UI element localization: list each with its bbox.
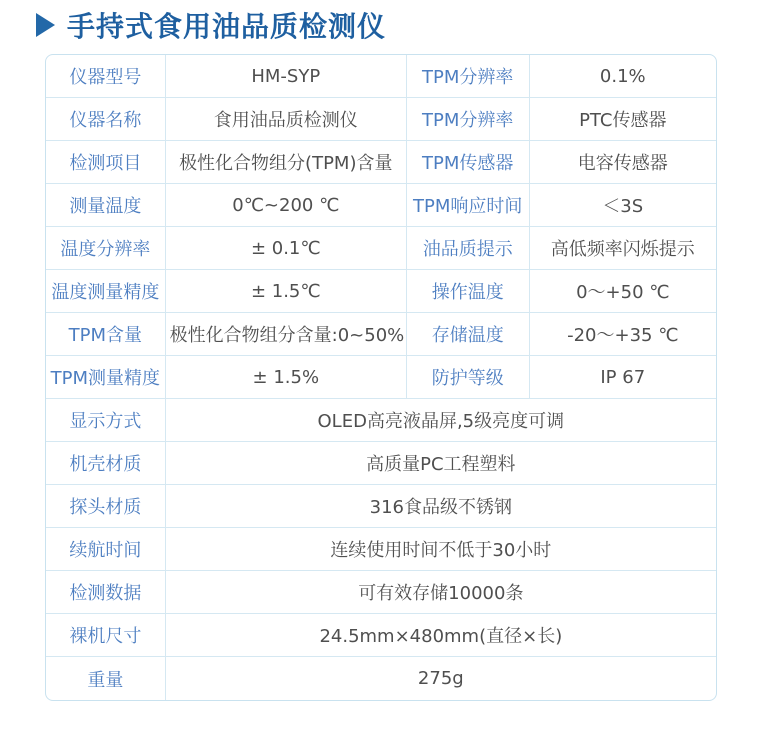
page-header: 手持式食用油品质检测仪 [36,9,760,41]
spec-label-cell: 重量 [46,657,166,700]
spec-label-cell: 操作温度 [407,270,530,313]
spec-value-cell: ± 1.5% [166,356,407,399]
spec-value-cell: ＜3S [530,184,716,227]
spec-row: 仪器型号 HM-SYP TPM分辨率 0.1% [46,55,716,98]
spec-value-cell: 极性化合物组分(TPM)含量 [166,141,407,184]
spec-label-cell: 检测项目 [46,141,166,184]
spec-label-cell: 温度分辨率 [46,227,166,270]
spec-row: 仪器名称 食用油品质检测仪 TPM分辨率 PTC传感器 [46,98,716,141]
spec-value-cell: IP 67 [530,356,716,399]
spec-row: 温度分辨率 ± 0.1℃ 油品质提示 高低频率闪烁提示 [46,227,716,270]
spec-value-cell: 24.5mm×480mm(直径×长) [166,614,716,657]
spec-value-cell: 316食品级不锈钢 [166,485,716,528]
spec-value-cell: 可有效存储10000条 [166,571,716,614]
spec-label-cell: TPM分辨率 [407,98,530,141]
spec-value-cell: 高低频率闪烁提示 [530,227,716,270]
spec-value-cell: 食用油品质检测仪 [166,98,407,141]
spec-label-cell: 续航时间 [46,528,166,571]
spec-label-cell: TPM含量 [46,313,166,356]
spec-label-cell: 温度测量精度 [46,270,166,313]
product-spec-page: 手持式食用油品质检测仪 仪器型号 HM-SYP TPM分辨率 0.1% 仪器名称… [0,0,760,738]
spec-row: 检测数据 可有效存储10000条 [46,571,716,614]
spec-row: TPM含量 极性化合物组分含量:0~50% 存储温度 -20～+35 ℃ [46,313,716,356]
spec-label-cell: 探头材质 [46,485,166,528]
spec-row: 显示方式 OLED高亮液晶屏,5级亮度可调 [46,399,716,442]
spec-row: 机壳材质 高质量PC工程塑料 [46,442,716,485]
spec-label-cell: 防护等级 [407,356,530,399]
spec-label-cell: 仪器型号 [46,55,166,98]
spec-label-cell: TPM测量精度 [46,356,166,399]
spec-row: 检测项目 极性化合物组分(TPM)含量 TPM传感器 电容传感器 [46,141,716,184]
spec-row: 续航时间 连续使用时间不低于30小时 [46,528,716,571]
spec-value-cell: OLED高亮液晶屏,5级亮度可调 [166,399,716,442]
spec-row: 裸机尺寸 24.5mm×480mm(直径×长) [46,614,716,657]
spec-value-cell: ± 0.1℃ [166,227,407,270]
spec-row: 测量温度 0℃~200 ℃ TPM响应时间 ＜3S [46,184,716,227]
spec-row: 重量 275g [46,657,716,700]
spec-value-cell: PTC传感器 [530,98,716,141]
spec-value-cell: 275g [166,657,716,700]
spec-label-cell: TPM传感器 [407,141,530,184]
right-triangle-icon [36,13,55,37]
spec-label-cell: 机壳材质 [46,442,166,485]
page-title: 手持式食用油品质检测仪 [67,5,386,45]
spec-value-cell: 0℃~200 ℃ [166,184,407,227]
spec-label-cell: TPM分辨率 [407,55,530,98]
spec-row: 温度测量精度 ± 1.5℃ 操作温度 0～+50 ℃ [46,270,716,313]
spec-value-cell: 连续使用时间不低于30小时 [166,528,716,571]
spec-label-cell: 裸机尺寸 [46,614,166,657]
spec-label-cell: 显示方式 [46,399,166,442]
spec-label-cell: 存储温度 [407,313,530,356]
spec-row: 探头材质 316食品级不锈钢 [46,485,716,528]
spec-value-cell: -20～+35 ℃ [530,313,716,356]
spec-label-cell: 油品质提示 [407,227,530,270]
spec-value-cell: 电容传感器 [530,141,716,184]
spec-row: TPM测量精度 ± 1.5% 防护等级 IP 67 [46,356,716,399]
spec-label-cell: 检测数据 [46,571,166,614]
spec-table-container: 仪器型号 HM-SYP TPM分辨率 0.1% 仪器名称 食用油品质检测仪 TP… [45,54,717,701]
spec-table: 仪器型号 HM-SYP TPM分辨率 0.1% 仪器名称 食用油品质检测仪 TP… [46,55,716,700]
spec-value-cell: 极性化合物组分含量:0~50% [166,313,407,356]
spec-value-cell: 0～+50 ℃ [530,270,716,313]
spec-value-cell: ± 1.5℃ [166,270,407,313]
spec-label-cell: TPM响应时间 [407,184,530,227]
spec-label-cell: 仪器名称 [46,98,166,141]
spec-value-cell: 0.1% [530,55,716,98]
spec-value-cell: HM-SYP [166,55,407,98]
spec-label-cell: 测量温度 [46,184,166,227]
spec-value-cell: 高质量PC工程塑料 [166,442,716,485]
